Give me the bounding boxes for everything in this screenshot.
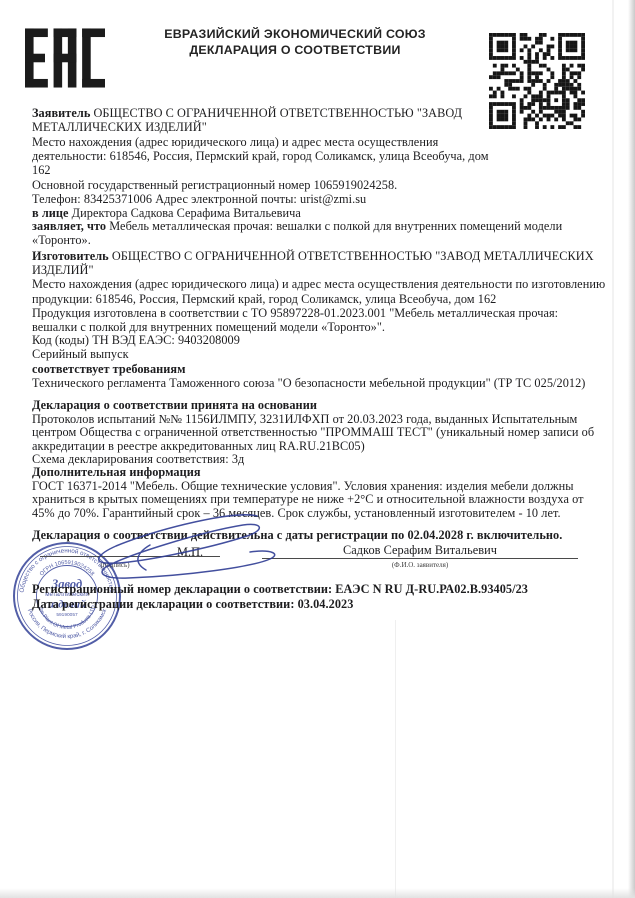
declares-text: Мебель металлическая прочая: вешалки с п… (32, 219, 562, 247)
compliance-label: соответствует требованиям (32, 362, 186, 376)
eac-mark-icon (25, 27, 105, 89)
applicant-paragraph: Заявитель ОБЩЕСТВО С ОГРАНИЧЕННОЙ ОТВЕТС… (32, 106, 489, 221)
declares-paragraph: заявляет, что Мебель металлическая проча… (32, 219, 562, 248)
scan-streak (612, 0, 614, 898)
manufacturer-paragraph: Изготовитель ОБЩЕСТВО С ОГРАНИЧЕННОЙ ОТВ… (32, 249, 605, 334)
scan-edge-right (628, 0, 635, 898)
applicant-name: ОБЩЕСТВО С ОГРАНИЧЕННОЙ ОТВЕТСТВЕННОСТЬЮ… (32, 106, 462, 134)
document-title: ЕВРАЗИЙСКИЙ ЭКОНОМИЧЕСКИЙ СОЮЗ ДЕКЛАРАЦИ… (120, 27, 470, 58)
basis-text: Протоколов испытаний №№ 1156ИЛМПУ, 3231И… (32, 412, 594, 467)
manufacturer-details: Место нахождения (адрес юридического лиц… (32, 277, 605, 334)
compliance-text: Технического регламента Таможенного союз… (32, 376, 585, 390)
title-union-line: ЕВРАЗИЙСКИЙ ЭКОНОМИЧЕСКИЙ СОЮЗ (120, 27, 470, 43)
title-declaration-line: ДЕКЛАРАЦИЯ О СООТВЕТСТВИИ (120, 43, 470, 59)
basis-label: Декларация о соответствии принята на осн… (32, 398, 317, 412)
basis-paragraph: Декларация о соответствии принята на осн… (32, 399, 594, 467)
tnved-code-text: Код (коды) ТН ВЭД ЕАЭС: 9403208009 Серий… (32, 333, 240, 361)
manufacturer-label: Изготовитель (32, 249, 109, 263)
scan-edge-bottom (0, 888, 635, 898)
additional-info-label: Дополнительная информация (32, 465, 201, 479)
stamp-ogrn-number: 59190057 (56, 612, 78, 618)
signature-ink (80, 505, 350, 595)
declares-label: заявляет, что (32, 219, 106, 233)
declaration-of-conformity-document: ЕВРАЗИЙСКИЙ ЭКОНОМИЧЕСКИЙ СОЮЗ ДЕКЛАРАЦИ… (0, 0, 635, 898)
manufacturer-name: ОБЩЕСТВО С ОГРАНИЧЕННОЙ ОТВЕТСТВЕННОСТЬЮ… (32, 249, 594, 277)
applicant-details: Место нахождения (адрес юридического лиц… (32, 135, 489, 206)
scan-streak (395, 620, 396, 898)
compliance-paragraph: соответствует требованиямТехнического ре… (32, 362, 585, 391)
product-codes: Код (коды) ТН ВЭД ЕАЭС: 9403208009 Серий… (32, 333, 240, 362)
qr-code (489, 33, 585, 129)
registration-date-line: Дата регистрации декларации о соответств… (32, 597, 353, 611)
applicant-label: Заявитель (32, 106, 90, 120)
